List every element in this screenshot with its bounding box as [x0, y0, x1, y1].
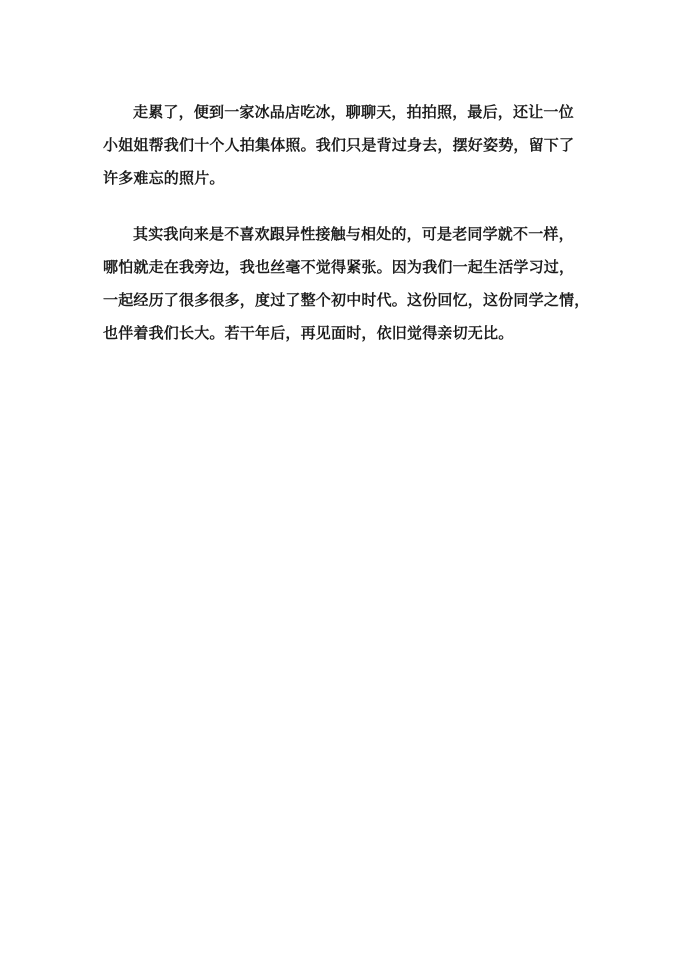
paragraph-1-line-3: 许多难忘的照片。	[103, 162, 595, 195]
paragraph-2: 其实我向来是不喜欢跟异性接触与相处的，可是老同学就不一样， 哪怕就走在我旁边，我…	[103, 218, 595, 350]
paragraph-2-line-2: 哪怕就走在我旁边，我也丝毫不觉得紧张。因为我们一起生活学习过，	[103, 251, 595, 284]
paragraph-2-line-1: 其实我向来是不喜欢跟异性接触与相处的，可是老同学就不一样，	[103, 218, 595, 251]
document-page: 走累了，便到一家冰品店吃冰，聊聊天，拍拍照，最后，还让一位 小姐姐帮我们十个人拍…	[0, 0, 690, 976]
paragraph-1-line-2: 小姐姐帮我们十个人拍集体照。我们只是背过身去，摆好姿势，留下了	[103, 129, 595, 162]
paragraph-2-line-4: 也伴着我们长大。若干年后，再见面时，依旧觉得亲切无比。	[103, 317, 595, 350]
paragraph-1: 走累了，便到一家冰品店吃冰，聊聊天，拍拍照，最后，还让一位 小姐姐帮我们十个人拍…	[103, 96, 595, 195]
paragraph-2-line-3: 一起经历了很多很多，度过了整个初中时代。这份回忆，这份同学之情，	[103, 284, 595, 317]
document-content: 走累了，便到一家冰品店吃冰，聊聊天，拍拍照，最后，还让一位 小姐姐帮我们十个人拍…	[103, 96, 595, 373]
paragraph-1-line-1: 走累了，便到一家冰品店吃冰，聊聊天，拍拍照，最后，还让一位	[103, 96, 595, 129]
